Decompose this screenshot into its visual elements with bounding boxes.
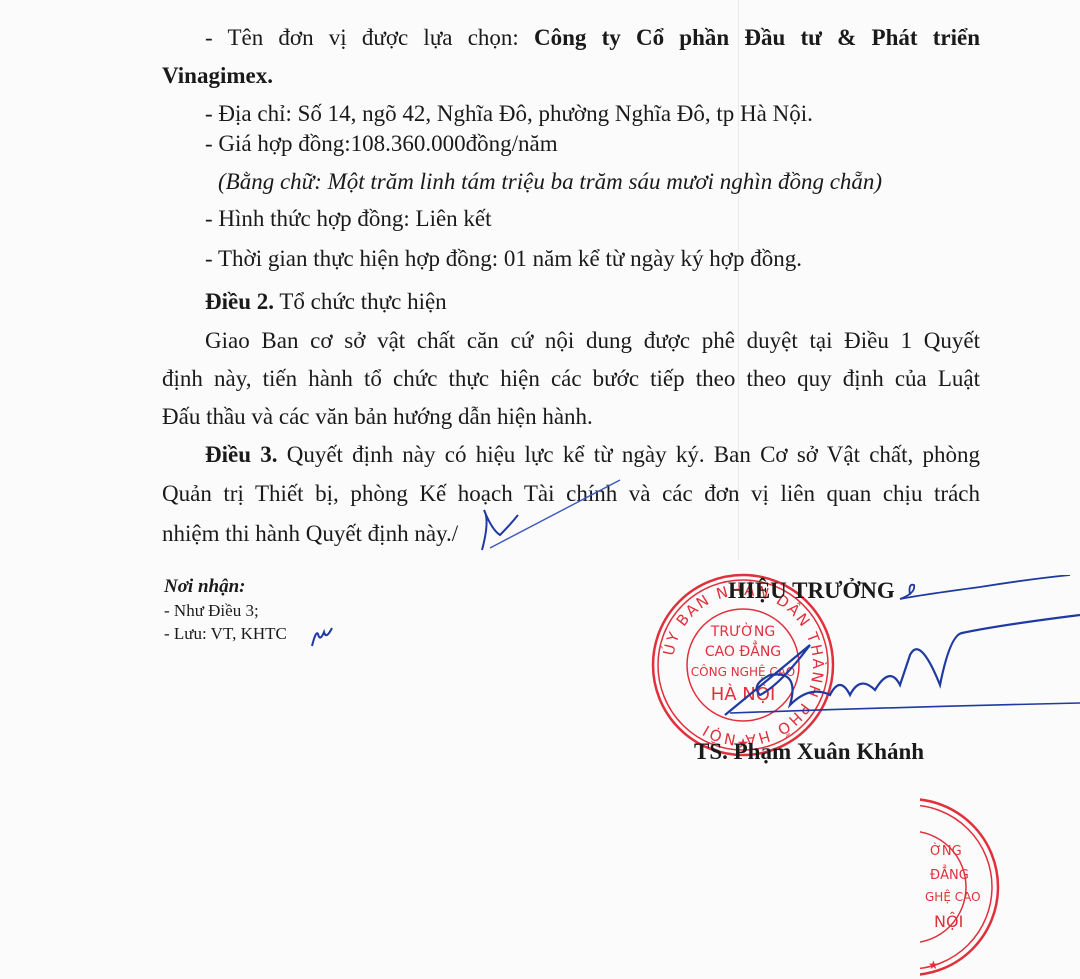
edge-stamp: ỜNG ĐẲNG GHỆ CAO NỘI ★ [920,795,1080,979]
price-in-words: (Bằng chữ: Một trăm linh tám triệu ba tr… [218,168,882,196]
initial-mark-icon [470,460,630,570]
selected-unit-name-cont: Vinagimex. [162,62,273,90]
signature-icon [700,575,1080,735]
selected-unit-line: - Tên đơn vị được lựa chọn: Công ty Cổ p… [205,24,980,52]
article-2-para-3: Đấu thầu và các văn bản hướng dẫn hiện h… [162,403,593,431]
svg-text:ĐẲNG: ĐẲNG [930,865,969,883]
signer-name: TS. Phạm Xuân Khánh [694,738,924,766]
selected-unit-label: - Tên đơn vị được lựa chọn: [205,25,534,50]
article-2-para-2: định này, tiến hành tổ chức thực hiện cá… [162,365,980,393]
address-line: - Địa chỉ: Số 14, ngõ 42, Nghĩa Đô, phườ… [205,100,813,128]
svg-text:★: ★ [928,958,939,972]
article-3-para-3: nhiệm thi hành Quyết định này./ [162,520,458,548]
recipient-initial-icon [308,622,338,650]
page-fold-line [738,0,739,560]
price-line: - Giá hợp đồng:108.360.000đồng/năm [205,130,558,158]
article-2-heading: Điều 2. Tổ chức thực hiện [205,288,447,316]
recipient-item: - Lưu: VT, KHTC [164,624,287,644]
svg-text:NỘI: NỘI [934,912,963,931]
recipient-item: - Như Điều 3; [164,601,259,621]
article-2-para-1: Giao Ban cơ sở vật chất căn cứ nội dung … [205,327,980,355]
contract-type-line: - Hình thức hợp đồng: Liên kết [205,205,492,233]
svg-text:ỜNG: ỜNG [930,843,962,859]
duration-line: - Thời gian thực hiện hợp đồng: 01 năm k… [205,245,802,273]
svg-text:GHỆ CAO: GHỆ CAO [925,889,981,904]
recipients-title: Nơi nhận: [164,576,245,598]
selected-unit-name: Công ty Cổ phần Đầu tư & Phát triển [534,25,980,50]
